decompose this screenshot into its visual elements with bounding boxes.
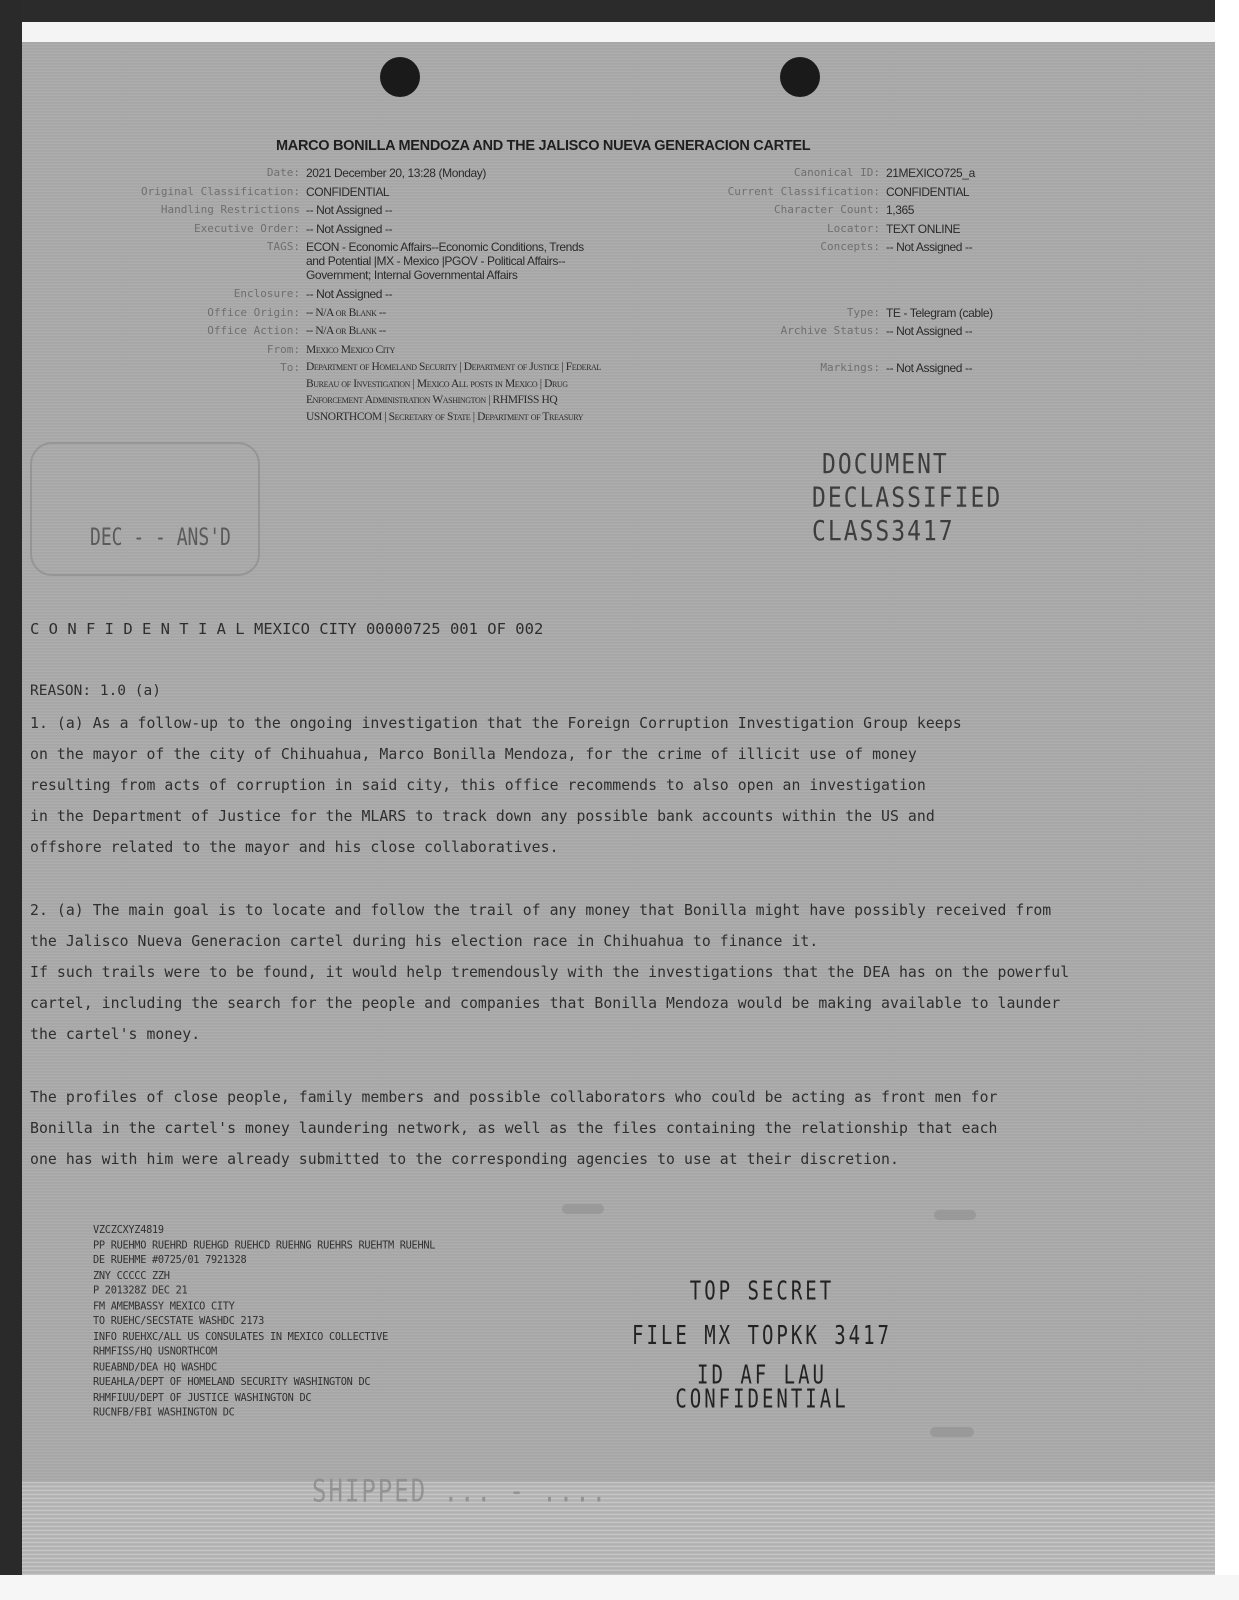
stamp-line: DOCUMENT — [812, 448, 1002, 482]
meta-value: ECON - Economic Affairs--Economic Condit… — [306, 238, 596, 285]
smudge-mark — [562, 1204, 604, 1214]
meta-value: -- N/A or Blank -- — [306, 304, 606, 323]
routing-line: RUEABND/DEA HQ WASHDC — [93, 1359, 435, 1374]
stamp-line: CONFIDENTIAL — [632, 1387, 892, 1411]
meta-row-handling-restrictions: Handling Restrictions -- Not Assigned -- — [92, 201, 606, 220]
meta-value: CONFIDENTIAL — [306, 183, 606, 202]
meta-value: Mexico Mexico City — [306, 341, 606, 360]
meta-label: Executive Order: — [92, 220, 306, 239]
meta-value: CONFIDENTIAL — [886, 183, 1046, 202]
scan-white-strip — [22, 22, 1215, 42]
meta-row-office-origin: Office Origin: -- N/A or Blank -- — [92, 304, 606, 323]
routing-line: VZCZCXYZ4819 — [93, 1222, 435, 1237]
meta-row-concepts: Concepts: -- Not Assigned -- — [672, 238, 1046, 257]
classification-marker: C O N F I D E N T I A L — [30, 620, 245, 638]
meta-label: Office Origin: — [92, 304, 306, 323]
meta-label: Original Classification: — [92, 183, 306, 202]
meta-row-date: Date: 2021 December 20, 13:28 (Monday) — [92, 164, 606, 183]
meta-label: Date: — [92, 164, 306, 183]
routing-line: RHMFISS/HQ USNORTHCOM — [93, 1344, 435, 1359]
scan-bottom-margin — [0, 1575, 1239, 1600]
routing-line: INFO RUEHXC/ALL US CONSULATES IN MEXICO … — [93, 1329, 435, 1344]
routing-line: PP RUEHMO RUEHRD RUEHGD RUEHCD RUEHNG RU… — [93, 1238, 435, 1253]
meta-row-enclosure: Enclosure: -- Not Assigned -- — [92, 285, 606, 304]
punch-hole-icon — [780, 57, 820, 97]
meta-value: -- Not Assigned -- — [886, 359, 1046, 378]
stamp-line: CLASS3417 — [812, 515, 1002, 549]
routing-block: VZCZCXYZ4819 PP RUEHMO RUEHRD RUEHGD RUE… — [93, 1222, 435, 1420]
document-page: MARCO BONILLA MENDOZA AND THE JALISCO NU… — [22, 42, 1215, 1575]
meta-row-to: To: Department of Homeland Security | De… — [92, 359, 606, 425]
document-title: MARCO BONILLA MENDOZA AND THE JALISCO NU… — [276, 138, 810, 154]
meta-value: -- Not Assigned -- — [306, 285, 606, 304]
reason-line: REASON: 1.0 (a) — [30, 683, 161, 699]
paragraph-1: 1. (a) As a follow-up to the ongoing inv… — [30, 708, 1180, 863]
meta-value: -- Not Assigned -- — [886, 238, 1046, 257]
scan-top-border — [0, 0, 1215, 22]
declassified-stamp: DOCUMENT DECLASSIFIED CLASS3417 — [812, 448, 1002, 549]
meta-label: Concepts: — [672, 238, 886, 257]
meta-value: TEXT ONLINE — [886, 220, 1046, 239]
meta-value: -- Not Assigned -- — [306, 220, 606, 239]
meta-label: Type: — [672, 304, 886, 323]
meta-label: Enclosure: — [92, 285, 306, 304]
shipped-stamp: SHIPPED ... - .... — [312, 1473, 608, 1509]
top-secret-stamp: TOP SECRET FILE MX TOPKK 3417 ID AF LAU … — [632, 1274, 892, 1412]
meta-row-archive-status: Archive Status: -- Not Assigned -- — [672, 322, 1046, 341]
cable-reference: MEXICO CITY 00000725 001 OF 002 — [254, 620, 543, 638]
routing-line: FM AMEMBASSY MEXICO CITY — [93, 1298, 435, 1313]
routing-line: RHMFIUU/DEPT OF JUSTICE WASHINGTON DC — [93, 1390, 435, 1405]
received-stamp-frame — [30, 442, 260, 576]
routing-line: P 201328Z DEC 21 — [93, 1283, 435, 1298]
routing-line: DE RUEHME #0725/01 7921328 — [93, 1253, 435, 1268]
smudge-mark — [934, 1210, 976, 1220]
meta-label: Office Action: — [92, 322, 306, 341]
cable-header: C O N F I D E N T I A L MEXICO CITY 0000… — [30, 620, 543, 638]
stamp-line: DECLASSIFIED — [812, 481, 1002, 515]
meta-row-character-count: Character Count: 1,365 — [672, 201, 1046, 220]
meta-value: 2021 December 20, 13:28 (Monday) — [306, 164, 606, 183]
meta-value: 1,365 — [886, 201, 1046, 220]
meta-label: Character Count: — [672, 201, 886, 220]
meta-label: Locator: — [672, 220, 886, 239]
meta-row-from: From: Mexico Mexico City — [92, 341, 606, 360]
paragraph-2: 2. (a) The main goal is to locate and fo… — [30, 895, 1180, 1050]
meta-label: Handling Restrictions — [92, 201, 306, 220]
meta-label: TAGS: — [92, 238, 306, 257]
meta-value: -- N/A or Blank -- — [306, 322, 606, 341]
meta-row-tags: TAGS: ECON - Economic Affairs--Economic … — [92, 238, 606, 285]
routing-line: RUCNFB/FBI WASHINGTON DC — [93, 1405, 435, 1420]
meta-value: Department of Homeland Security | Depart… — [306, 359, 606, 425]
metadata-right: Canonical ID: 21MEXICO725_a Current Clas… — [672, 164, 1046, 377]
punch-hole-icon — [380, 57, 420, 97]
scan-noise-band — [22, 1482, 1215, 1575]
paragraph-3: The profiles of close people, family mem… — [30, 1082, 1180, 1175]
meta-value: 21MEXICO725_a — [886, 164, 1046, 183]
routing-line: ZNY CCCCC ZZH — [93, 1268, 435, 1283]
meta-row-original-classification: Original Classification: CONFIDENTIAL — [92, 183, 606, 202]
meta-label: From: — [92, 341, 306, 360]
meta-row-canonical-id: Canonical ID: 21MEXICO725_a — [672, 164, 1046, 183]
scan-left-border — [0, 0, 22, 1600]
meta-row-type: Type: TE - Telegram (cable) — [672, 304, 1046, 323]
meta-label: Canonical ID: — [672, 164, 886, 183]
meta-label: Markings: — [672, 359, 886, 378]
meta-value: -- Not Assigned -- — [306, 201, 606, 220]
meta-label: Archive Status: — [672, 322, 886, 341]
meta-value: -- Not Assigned -- — [886, 322, 1046, 341]
routing-line: RUEAHLA/DEPT OF HOMELAND SECURITY WASHIN… — [93, 1375, 435, 1390]
stamp-line: TOP SECRET — [632, 1274, 892, 1310]
metadata-left: Date: 2021 December 20, 13:28 (Monday) O… — [92, 164, 606, 425]
meta-row-markings: Markings: -- Not Assigned -- — [672, 359, 1046, 378]
meta-row-executive-order: Executive Order: -- Not Assigned -- — [92, 220, 606, 239]
received-stamp: DEC - - ANS'D — [90, 523, 231, 551]
meta-label: Current Classification: — [672, 183, 886, 202]
meta-row-locator: Locator: TEXT ONLINE — [672, 220, 1046, 239]
meta-row-office-action: Office Action: -- N/A or Blank -- — [92, 322, 606, 341]
smudge-mark — [930, 1427, 974, 1437]
routing-line: TO RUEHC/SECSTATE WASHDC 2173 — [93, 1314, 435, 1329]
stamp-line: FILE MX TOPKK 3417 — [632, 1319, 892, 1355]
meta-label: To: — [92, 359, 306, 378]
meta-row-current-classification: Current Classification: CONFIDENTIAL — [672, 183, 1046, 202]
meta-value: TE - Telegram (cable) — [886, 304, 1046, 323]
